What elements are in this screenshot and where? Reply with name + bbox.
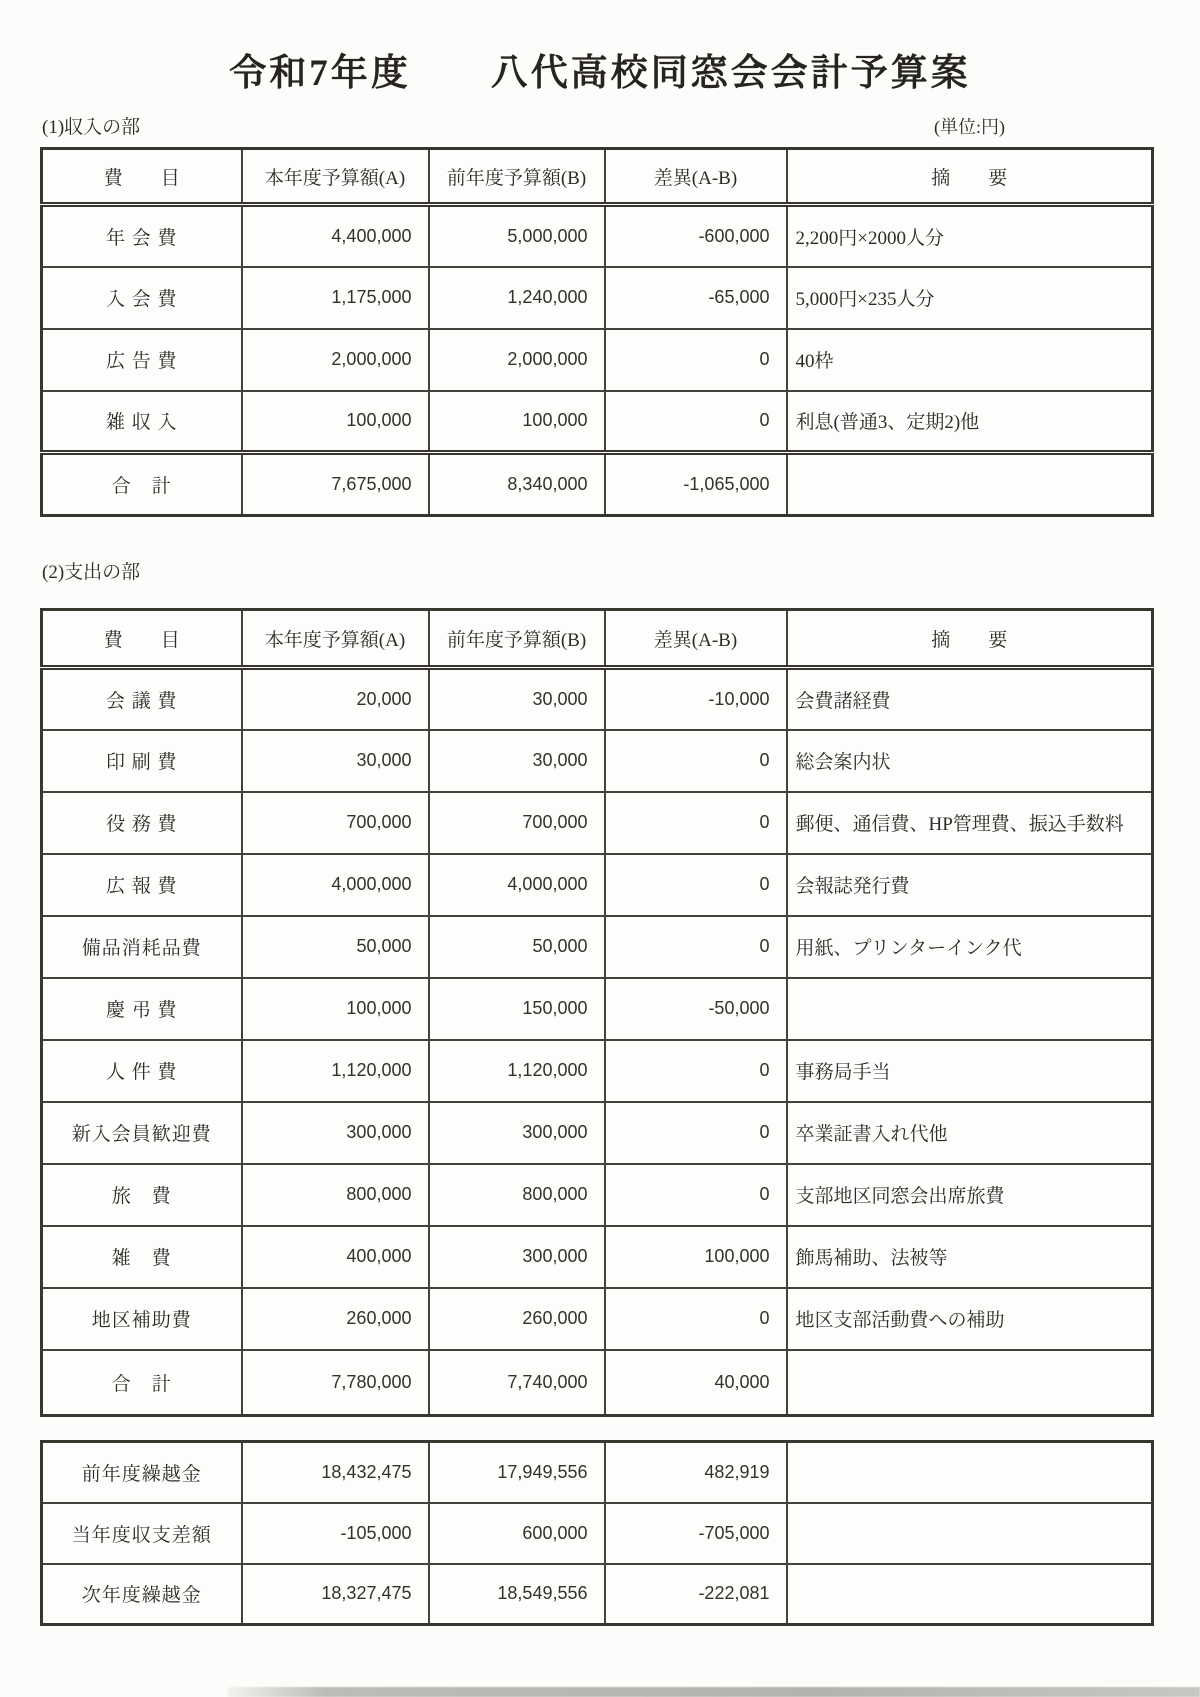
column-header: 差異(A-B) [605,149,787,205]
difference-cell: -10,000 [605,668,787,730]
item-cell: 印 刷 費 [42,730,242,792]
table-row: 年 会 費4,400,0005,000,000-600,0002,200円×20… [42,205,1153,267]
table-row: 旅 費800,000800,0000支部地区同窓会出席旅費 [42,1164,1153,1226]
remarks-cell [787,1442,1153,1503]
current-amount-cell: 1,175,000 [242,267,429,329]
remarks-cell [787,1350,1153,1416]
column-header: 費 目 [42,149,242,205]
carryover-table: 前年度繰越金18,432,47517,949,556482,919当年度収支差額… [40,1440,1154,1626]
item-cell: 人 件 費 [42,1040,242,1102]
expense-table: 費 目本年度予算額(A)前年度予算額(B)差異(A-B)摘 要 会 議 費20,… [40,608,1154,1417]
previous-amount-cell: 800,000 [429,1164,605,1226]
budget-document-page: 令和7年度 八代高校同窓会会計予算案 (1)収入の部 (単位:円) 費 目本年度… [0,0,1200,1697]
current-amount-cell: 50,000 [242,916,429,978]
remarks-cell [787,978,1153,1040]
difference-cell: 0 [605,1040,787,1102]
item-cell: 合 計 [42,453,242,516]
remarks-cell: 飾馬補助、法被等 [787,1226,1153,1288]
current-amount-cell: 100,000 [242,978,429,1040]
difference-cell: -65,000 [605,267,787,329]
difference-cell: 0 [605,730,787,792]
current-amount-cell: 300,000 [242,1102,429,1164]
expense-section-label: (2)支出の部 [42,557,1200,584]
difference-cell: 100,000 [605,1226,787,1288]
previous-amount-cell: 150,000 [429,978,605,1040]
previous-amount-cell: 700,000 [429,792,605,854]
item-cell: 合 計 [42,1350,242,1416]
expense-table-header-row: 費 目本年度予算額(A)前年度予算額(B)差異(A-B)摘 要 [42,610,1153,668]
difference-cell: 0 [605,1102,787,1164]
previous-amount-cell: 30,000 [429,668,605,730]
unit-note: (単位:円) [934,113,1005,139]
current-amount-cell: 260,000 [242,1288,429,1350]
current-amount-cell: 1,120,000 [242,1040,429,1102]
column-header: 費 目 [42,610,242,668]
table-row: 次年度繰越金18,327,47518,549,556-222,081 [42,1564,1153,1625]
current-amount-cell: 700,000 [242,792,429,854]
current-amount-cell: 4,000,000 [242,854,429,916]
item-cell: 慶 弔 費 [42,978,242,1040]
column-header: 摘 要 [787,610,1153,668]
remarks-cell [787,1564,1153,1625]
difference-cell: -600,000 [605,205,787,267]
item-cell: 旅 費 [42,1164,242,1226]
table-row: 前年度繰越金18,432,47517,949,556482,919 [42,1442,1153,1503]
previous-amount-cell: 260,000 [429,1288,605,1350]
current-amount-cell: -105,000 [242,1503,429,1564]
previous-amount-cell: 300,000 [429,1102,605,1164]
remarks-cell: 支部地区同窓会出席旅費 [787,1164,1153,1226]
difference-cell: 0 [605,1164,787,1226]
item-cell: 新入会員歓迎費 [42,1102,242,1164]
previous-amount-cell: 1,240,000 [429,267,605,329]
previous-amount-cell: 17,949,556 [429,1442,605,1503]
table-row: 広 報 費4,000,0004,000,0000会報誌発行費 [42,854,1153,916]
remarks-cell: 40枠 [787,329,1153,391]
item-cell: 地区補助費 [42,1288,242,1350]
table-row: 入 会 費1,175,0001,240,000-65,0005,000円×235… [42,267,1153,329]
table-row: 広 告 費2,000,0002,000,000040枠 [42,329,1153,391]
difference-cell: 0 [605,854,787,916]
remarks-cell: 総会案内状 [787,730,1153,792]
previous-amount-cell: 8,340,000 [429,453,605,516]
column-header: 本年度予算額(A) [242,610,429,668]
income-section-header-row: (1)収入の部 (単位:円) [42,112,1158,139]
remarks-cell: 事務局手当 [787,1040,1153,1102]
item-cell: 広 報 費 [42,854,242,916]
item-cell: 前年度繰越金 [42,1442,242,1503]
current-amount-cell: 7,675,000 [242,453,429,516]
item-cell: 広 告 費 [42,329,242,391]
column-header: 差異(A-B) [605,610,787,668]
table-row: 当年度収支差額-105,000600,000-705,000 [42,1503,1153,1564]
remarks-cell: 5,000円×235人分 [787,267,1153,329]
previous-amount-cell: 1,120,000 [429,1040,605,1102]
total-row: 合 計7,675,0008,340,000-1,065,000 [42,453,1153,516]
column-header: 前年度予算額(B) [429,610,605,668]
difference-cell: 0 [605,391,787,453]
item-cell: 入 会 費 [42,267,242,329]
item-cell: 年 会 費 [42,205,242,267]
current-amount-cell: 400,000 [242,1226,429,1288]
remarks-cell: 利息(普通3、定期2)他 [787,391,1153,453]
column-header: 前年度予算額(B) [429,149,605,205]
remarks-cell [787,1503,1153,1564]
item-cell: 当年度収支差額 [42,1503,242,1564]
current-amount-cell: 7,780,000 [242,1350,429,1416]
table-row: 人 件 費1,120,0001,120,0000事務局手当 [42,1040,1153,1102]
income-section-label: (1)収入の部 [42,112,140,139]
difference-cell: -705,000 [605,1503,787,1564]
current-amount-cell: 18,432,475 [242,1442,429,1503]
current-amount-cell: 4,400,000 [242,205,429,267]
item-cell: 会 議 費 [42,668,242,730]
page-title: 令和7年度 八代高校同窓会会計予算案 [0,0,1200,96]
difference-cell: 0 [605,792,787,854]
table-row: 地区補助費260,000260,0000地区支部活動費への補助 [42,1288,1153,1350]
current-amount-cell: 30,000 [242,730,429,792]
income-table: 費 目本年度予算額(A)前年度予算額(B)差異(A-B)摘 要 年 会 費4,4… [40,147,1154,517]
previous-amount-cell: 50,000 [429,916,605,978]
remarks-cell: 郵便、通信費、HP管理費、振込手数料 [787,792,1153,854]
difference-cell: 482,919 [605,1442,787,1503]
previous-amount-cell: 18,549,556 [429,1564,605,1625]
income-table-header-row: 費 目本年度予算額(A)前年度予算額(B)差異(A-B)摘 要 [42,149,1153,205]
current-amount-cell: 800,000 [242,1164,429,1226]
current-amount-cell: 18,327,475 [242,1564,429,1625]
item-cell: 備品消耗品費 [42,916,242,978]
remarks-cell: 卒業証書入れ代他 [787,1102,1153,1164]
table-row: 役 務 費700,000700,0000郵便、通信費、HP管理費、振込手数料 [42,792,1153,854]
item-cell: 役 務 費 [42,792,242,854]
table-row: 雑 収 入100,000100,0000利息(普通3、定期2)他 [42,391,1153,453]
remarks-cell: 用紙、プリンターインク代 [787,916,1153,978]
remarks-cell: 会費諸経費 [787,668,1153,730]
previous-amount-cell: 2,000,000 [429,329,605,391]
difference-cell: -1,065,000 [605,453,787,516]
scan-artifact-band [228,1687,1200,1697]
difference-cell: -50,000 [605,978,787,1040]
difference-cell: -222,081 [605,1564,787,1625]
previous-amount-cell: 7,740,000 [429,1350,605,1416]
table-row: 新入会員歓迎費300,000300,0000卒業証書入れ代他 [42,1102,1153,1164]
remarks-cell: 2,200円×2000人分 [787,205,1153,267]
table-row: 印 刷 費30,00030,0000総会案内状 [42,730,1153,792]
column-header: 摘 要 [787,149,1153,205]
current-amount-cell: 100,000 [242,391,429,453]
previous-amount-cell: 4,000,000 [429,854,605,916]
previous-amount-cell: 600,000 [429,1503,605,1564]
remarks-cell [787,453,1153,516]
item-cell: 雑 費 [42,1226,242,1288]
item-cell: 次年度繰越金 [42,1564,242,1625]
difference-cell: 0 [605,1288,787,1350]
remarks-cell: 地区支部活動費への補助 [787,1288,1153,1350]
previous-amount-cell: 100,000 [429,391,605,453]
total-row: 合 計7,780,0007,740,00040,000 [42,1350,1153,1416]
previous-amount-cell: 5,000,000 [429,205,605,267]
difference-cell: 0 [605,329,787,391]
item-cell: 雑 収 入 [42,391,242,453]
table-row: 会 議 費20,00030,000-10,000会費諸経費 [42,668,1153,730]
difference-cell: 0 [605,916,787,978]
previous-amount-cell: 300,000 [429,1226,605,1288]
column-header: 本年度予算額(A) [242,149,429,205]
remarks-cell: 会報誌発行費 [787,854,1153,916]
table-row: 備品消耗品費50,00050,0000用紙、プリンターインク代 [42,916,1153,978]
difference-cell: 40,000 [605,1350,787,1416]
table-row: 慶 弔 費100,000150,000-50,000 [42,978,1153,1040]
table-row: 雑 費400,000300,000100,000飾馬補助、法被等 [42,1226,1153,1288]
current-amount-cell: 2,000,000 [242,329,429,391]
previous-amount-cell: 30,000 [429,730,605,792]
current-amount-cell: 20,000 [242,668,429,730]
